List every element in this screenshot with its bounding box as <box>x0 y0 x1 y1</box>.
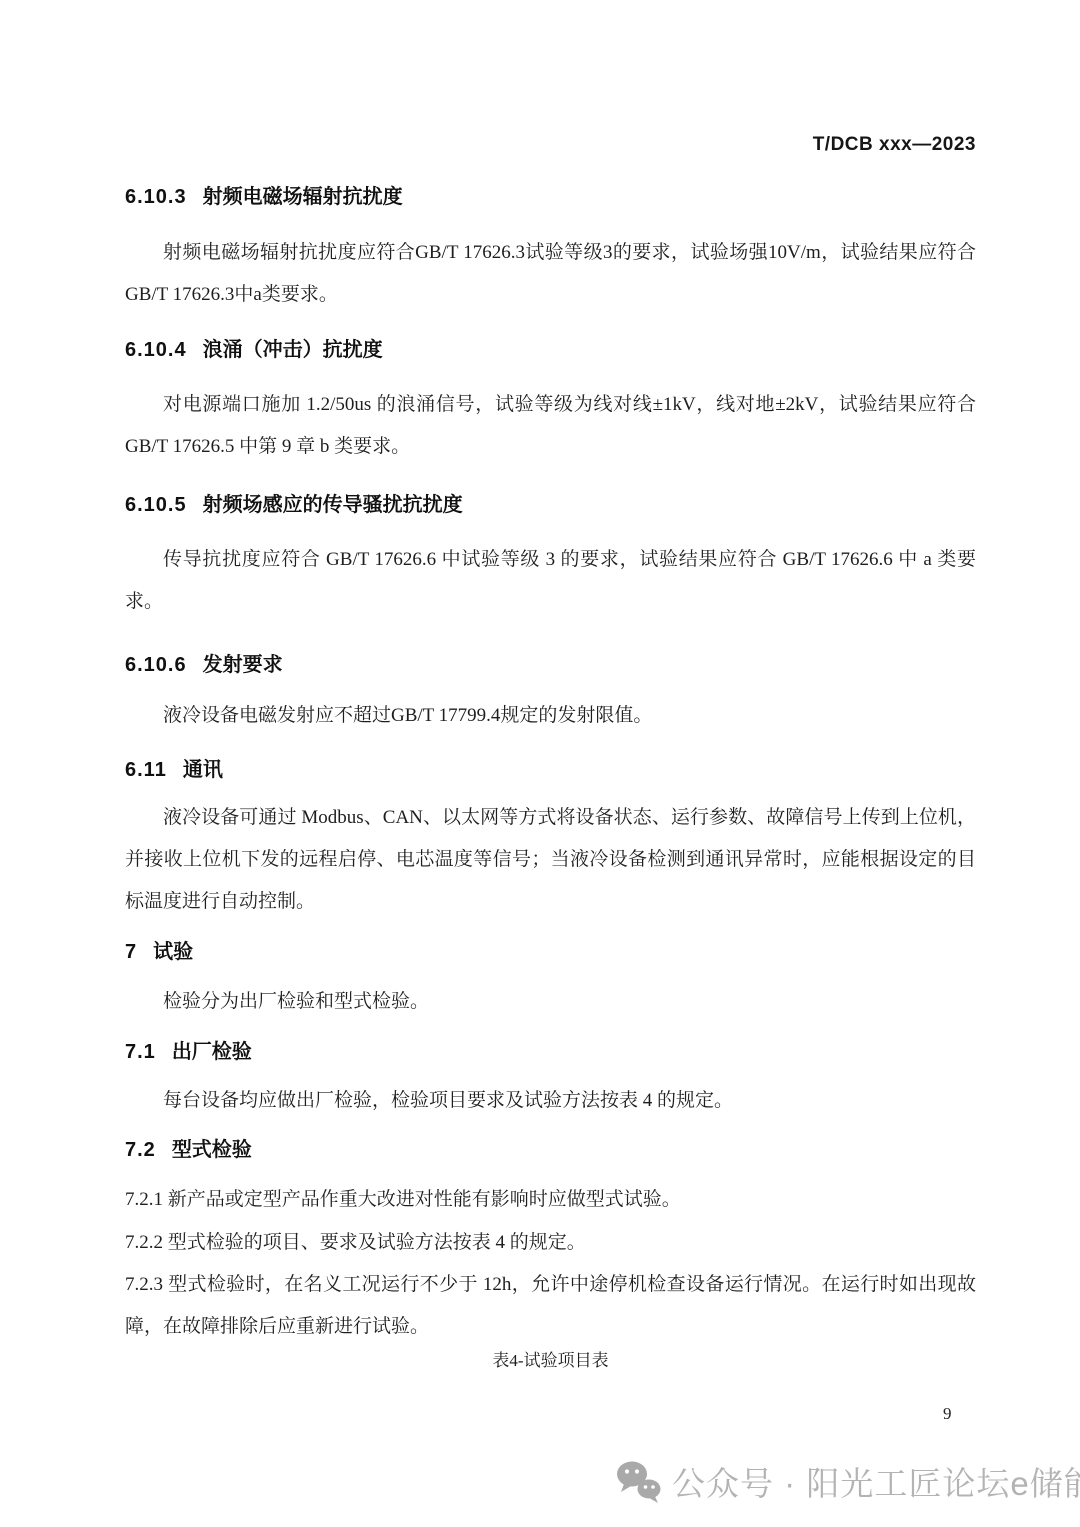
heading-number: 6.11 <box>125 759 167 781</box>
heading-title: 型式检验 <box>172 1139 252 1161</box>
heading-title: 射频场感应的传导骚扰抗扰度 <box>203 494 463 516</box>
heading-number: 7 <box>125 941 137 963</box>
paragraph-factory-inspection: 每台设备均应做出厂检验，检验项目要求及试验方法按表 4 的规定。 <box>125 1080 976 1122</box>
paragraph-emission-limit: 液冷设备电磁发射应不超过GB/T 17799.4规定的发射限值。 <box>125 695 976 737</box>
heading-number: 6.10.6 <box>125 654 187 676</box>
paragraph-rf-radiated-immunity: 射频电磁场辐射抗扰度应符合GB/T 17626.3试验等级3的要求，试验场强10… <box>125 232 976 316</box>
paragraph-communication: 液冷设备可通过 Modbus、CAN、以太网等方式将设备状态、运行参数、故障信号… <box>125 797 976 923</box>
heading-title: 通讯 <box>183 759 223 781</box>
heading-6-10-5: 6.10.5射频场感应的传导骚扰抗扰度 <box>125 491 976 519</box>
heading-number: 7.1 <box>125 1041 156 1063</box>
doc-number: T/DCB xxx—2023 <box>813 134 976 156</box>
paragraph-surge-immunity: 对电源端口施加 1.2/50us 的浪涌信号，试验等级为线对线±1kV，线对地±… <box>125 384 976 468</box>
watermark-text: 公众号 · 阳光工匠论坛e储能 <box>672 1458 1080 1505</box>
heading-title: 浪涌（冲击）抗扰度 <box>203 339 383 361</box>
table-caption: 表4-试验项目表 <box>125 1350 976 1372</box>
paragraph-conducted-immunity: 传导抗扰度应符合 GB/T 17626.6 中试验等级 3 的要求，试验结果应符… <box>125 539 976 623</box>
heading-title: 射频电磁场辐射抗扰度 <box>203 186 403 208</box>
heading-number: 6.10.3 <box>125 186 187 208</box>
heading-7: 7试验 <box>125 938 976 966</box>
heading-7-1: 7.1出厂检验 <box>125 1038 976 1066</box>
heading-title: 试验 <box>153 941 193 963</box>
wechat-icon <box>616 1460 662 1504</box>
heading-7-2: 7.2型式检验 <box>125 1136 976 1164</box>
page-number: 9 <box>943 1404 952 1424</box>
heading-6-10-6: 6.10.6发射要求 <box>125 651 976 679</box>
heading-number: 7.2 <box>125 1139 156 1161</box>
clause-7-2-2: 7.2.2 型式检验的项目、要求及试验方法按表 4 的规定。 <box>125 1222 976 1264</box>
clause-7-2-1: 7.2.1 新产品或定型产品作重大改进对性能有影响时应做型式试验。 <box>125 1179 976 1221</box>
heading-6-10-4: 6.10.4浪涌（冲击）抗扰度 <box>125 336 976 364</box>
paragraph-test-types: 检验分为出厂检验和型式检验。 <box>125 981 976 1023</box>
watermark: 公众号 · 阳光工匠论坛e储能 <box>616 1458 1080 1505</box>
heading-6-11: 6.11通讯 <box>125 756 976 784</box>
heading-title: 出厂检验 <box>172 1041 252 1063</box>
heading-number: 6.10.5 <box>125 494 187 516</box>
clause-7-2-3: 7.2.3 型式检验时，在名义工况运行不少于 12h，允许中途停机检查设备运行情… <box>125 1264 976 1348</box>
heading-title: 发射要求 <box>203 654 283 676</box>
heading-6-10-3: 6.10.3射频电磁场辐射抗扰度 <box>125 183 976 211</box>
document-page: T/DCB xxx—2023 6.10.3射频电磁场辐射抗扰度 射频电磁场辐射抗… <box>0 0 1080 1527</box>
heading-number: 6.10.4 <box>125 339 187 361</box>
